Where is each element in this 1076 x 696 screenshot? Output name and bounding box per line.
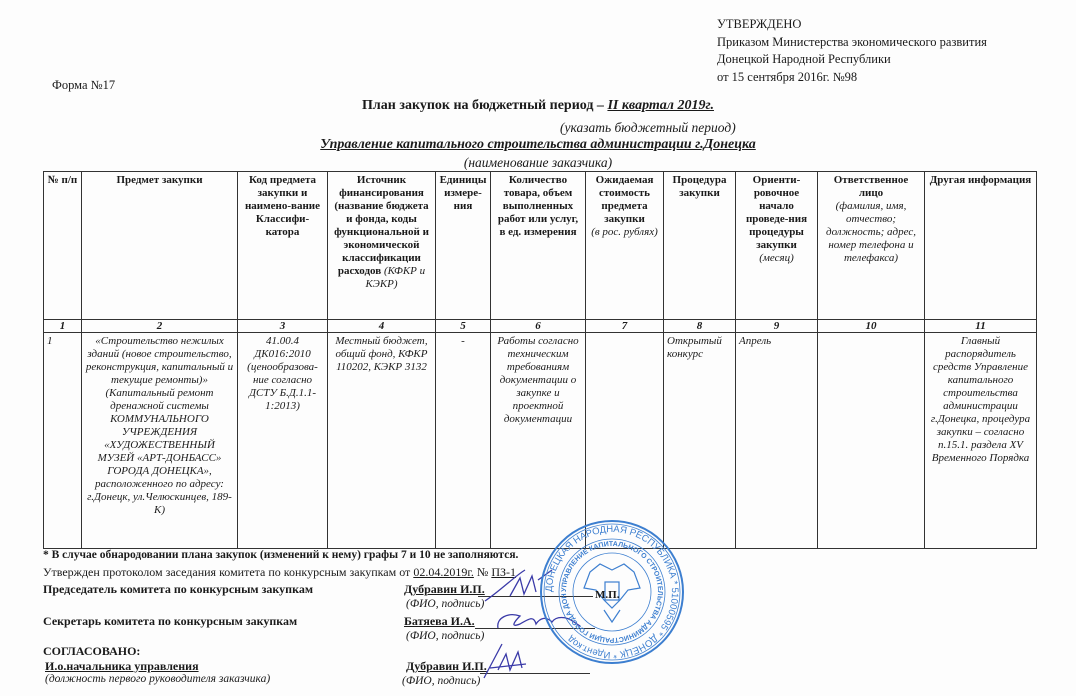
protocol-text: Утвержден протоколом заседания комитета … <box>43 565 413 579</box>
cell-subject: «Строительство нежилых зданий (новое стр… <box>82 333 238 549</box>
secretary-fio-hint: (ФИО, подпись) <box>406 630 484 642</box>
cell-funding: Местный бюджет, общий фонд, КФКР 110202,… <box>328 333 436 549</box>
column-number: 5 <box>436 320 491 333</box>
title-prefix: План закупок на бюджетный период – <box>362 98 607 113</box>
column-number: 9 <box>736 320 818 333</box>
chairman-label: Председатель комитета по конкурсным заку… <box>43 582 313 597</box>
head-name: Дубравин И.П. <box>406 659 487 674</box>
head-position: И.о.начальника управления <box>45 659 199 674</box>
column-number: 6 <box>491 320 586 333</box>
protocol-line: Утвержден протоколом заседания комитета … <box>43 565 516 580</box>
document-title: План закупок на бюджетный период – II кв… <box>0 98 1076 114</box>
customer-hint: (наименование заказчика) <box>0 155 1076 171</box>
approval-line: от 15 сентября 2016г. №98 <box>717 69 987 87</box>
footnote: * В случае обнародовании плана закупок (… <box>43 549 518 561</box>
head-position-hint: (должность первого руководителя заказчик… <box>45 673 270 685</box>
col-header-code: Код предмета закупки и наимено-вание Кла… <box>238 172 328 320</box>
secretary-label: Секретарь комитета по конкурсным закупка… <box>43 614 297 629</box>
protocol-date: 02.04.2019г. <box>413 565 474 579</box>
cell-responsible <box>818 333 925 549</box>
col-header-no: № п/п <box>44 172 82 320</box>
chairman-fio-hint: (ФИО, подпись) <box>406 598 484 610</box>
col-header-start: Ориенти-ровочное начало проведе-ния проц… <box>736 172 818 320</box>
header-row: № п/п Предмет закупки Код предмета закуп… <box>44 172 1037 320</box>
cell-cost <box>586 333 664 549</box>
stamp-mp-label: М.П. <box>595 589 620 601</box>
cell-procedure: Открытый конкурс <box>664 333 736 549</box>
col-header-funding: Источник финансирования (название бюджет… <box>328 172 436 320</box>
head-signature <box>480 640 540 680</box>
agreed-heading: СОГЛАСОВАНО: <box>43 644 140 659</box>
col-header-units: Единицы измере-ния <box>436 172 491 320</box>
column-number: 1 <box>44 320 82 333</box>
secretary-name: Батяева И.А. <box>404 614 475 629</box>
cell-start-month: Апрель <box>736 333 818 549</box>
approval-heading: УТВЕРЖДЕНО <box>717 16 987 34</box>
column-number: 4 <box>328 320 436 333</box>
chairman-name: Дубравин И.П. <box>404 582 485 597</box>
head-fio-hint: (ФИО, подпись) <box>402 675 480 687</box>
approval-line: Донецкой Народной Республики <box>717 51 987 69</box>
column-number: 7 <box>586 320 664 333</box>
col-header-cost: Ожидаемая стоимость предмета закупки(в р… <box>586 172 664 320</box>
cell-quantity: Работы согласно техническим требованиям … <box>491 333 586 549</box>
customer-name: Управление капитального строительства ад… <box>0 137 1076 153</box>
column-number: 10 <box>818 320 925 333</box>
column-number: 11 <box>925 320 1037 333</box>
cell-code: 41.00.4 ДК016:2010 (ценообразова-ние сог… <box>238 333 328 549</box>
cell-no: 1 <box>44 333 82 549</box>
approval-block: УТВЕРЖДЕНО Приказом Министерства экономи… <box>717 16 987 86</box>
col-header-other: Другая информация <box>925 172 1037 320</box>
form-number: Форма №17 <box>52 78 115 93</box>
cell-units: - <box>436 333 491 549</box>
budget-period: II квартал 2019г. <box>607 98 714 113</box>
column-number-row: 1 2 3 4 5 6 7 8 9 10 11 <box>44 320 1037 333</box>
cell-other: Главный распорядитель средств Управление… <box>925 333 1037 549</box>
col-header-quantity: Количество товара, объем выполненных раб… <box>491 172 586 320</box>
col-header-responsible: Ответственное лицо(фамилия, имя, отчеств… <box>818 172 925 320</box>
column-number: 3 <box>238 320 328 333</box>
col-header-procedure: Процедура закупки <box>664 172 736 320</box>
procurement-plan-table: № п/п Предмет закупки Код предмета закуп… <box>43 171 1037 549</box>
column-number: 2 <box>82 320 238 333</box>
column-number: 8 <box>664 320 736 333</box>
official-stamp: ДОНЕЦКАЯ НАРОДНАЯ РЕСПУБЛИКА * 51000595 … <box>538 518 686 666</box>
table-row: 1 «Строительство нежилых зданий (новое с… <box>44 333 1037 549</box>
approval-line: Приказом Министерства экономического раз… <box>717 34 987 52</box>
col-header-subject: Предмет закупки <box>82 172 238 320</box>
period-hint: (указать бюджетный период) <box>560 120 736 136</box>
